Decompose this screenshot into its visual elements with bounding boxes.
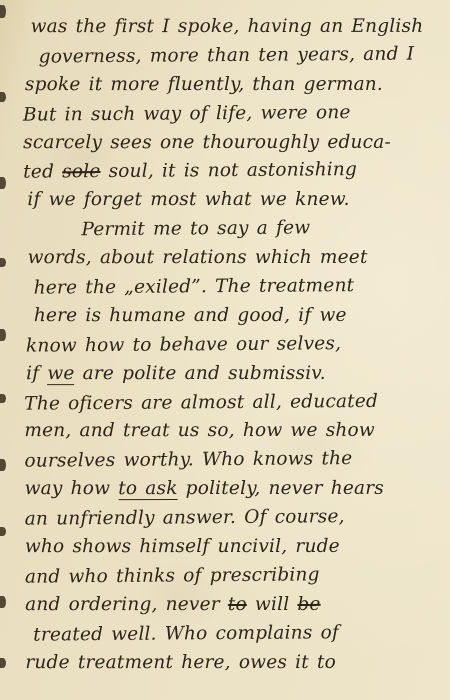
handwriting-segment: will	[247, 594, 298, 615]
underlined-word: to ask	[118, 478, 177, 500]
page-edge-mark	[0, 177, 6, 189]
handwriting-segment: know how to behave our selves,	[26, 333, 341, 356]
handwriting-segment: if	[26, 363, 47, 384]
page-edge-mark	[0, 394, 6, 403]
handwriting-segment: Permit me to say a few	[81, 218, 310, 241]
handwriting-line: But in such way of life, were one	[23, 98, 445, 130]
handwriting-segment: if we forget most what we knew.	[27, 189, 349, 210]
handwriting-segment: who shows himself uncivil, rude	[25, 536, 340, 557]
handwriting-segment: spoke it more fluently, than german.	[25, 74, 383, 95]
handwriting-segment: But in such way of life, were one	[23, 102, 351, 126]
handwriting-line: know how to behave our selves,	[24, 329, 446, 361]
handwriting-line: ourselves worthy. Who knows the	[24, 445, 446, 477]
handwriting-line: and ordering, never to will be	[25, 591, 447, 620]
page-edge-mark	[0, 527, 6, 536]
handwriting-segment: and who thinks of prescribing	[25, 564, 320, 587]
handwriting-line: men, and treat us so, how we show	[24, 417, 446, 446]
handwriting-line: if we are polite and submissiv.	[24, 360, 446, 389]
struck-out-word: to	[228, 594, 247, 615]
handwriting-segment: politely, never hears	[178, 478, 384, 499]
handwriting-line: and who thinks of prescribing	[25, 560, 447, 592]
page-edge-mark	[0, 329, 6, 341]
handwriting-segment: are polite and submissiv.	[75, 363, 326, 384]
page-edge-mark	[0, 658, 6, 668]
handwriting-line: words, about relations which meet	[24, 244, 446, 273]
page-edge-mark	[0, 92, 6, 102]
handwriting-segment: an unfriendly answer. Of course,	[25, 506, 345, 530]
page-edge-mark	[0, 459, 6, 471]
page-edge-mark	[0, 596, 6, 608]
handwriting-segment: ourselves worthy. Who knows the	[24, 448, 352, 472]
handwriting-segment: treated well. Who complains of	[33, 622, 339, 645]
page-edge-mark	[0, 258, 6, 267]
handwriting-text-block: was the first I spoke, having an English…	[23, 12, 448, 678]
handwriting-segment: soul, it is not astonishing	[100, 159, 357, 182]
handwriting-line: treated well. Who complains of	[25, 618, 447, 650]
handwriting-segment: and ordering, never	[25, 594, 228, 615]
handwriting-line: spoke it more fluently, than german.	[23, 71, 445, 100]
handwriting-segment: here the „exiled”. The treatment	[34, 275, 355, 299]
handwriting-line: if we forget most what we knew.	[23, 186, 445, 215]
handwriting-segment: ted	[23, 162, 62, 183]
handwriting-line: governess, more than ten years, and I	[23, 40, 445, 72]
handwriting-segment: way how	[25, 478, 119, 499]
handwriting-line: scarcely sees one thouroughly educa-	[23, 128, 445, 157]
page-edge-mark	[0, 5, 6, 18]
underlined-word: we	[47, 363, 74, 385]
handwriting-line: way how to ask politely, never hears	[25, 475, 447, 504]
handwriting-segment: here is humane and good, if we	[34, 305, 347, 326]
handwriting-line: Permit me to say a few	[23, 214, 445, 246]
handwriting-line: who shows himself uncivil, rude	[25, 533, 447, 562]
handwriting-line: an unfriendly answer. Of course,	[25, 502, 447, 534]
handwriting-line: here the „exiled”. The treatment	[24, 271, 446, 303]
handwriting-line: ted sole soul, it is not astonishing	[23, 156, 445, 188]
handwriting-line: was the first I spoke, having an English	[23, 13, 445, 42]
struck-out-word: be	[297, 594, 320, 615]
handwriting-segment: governess, more than ten years, and I	[39, 43, 415, 67]
handwriting-line: The oficers are almost all, educated	[24, 387, 446, 419]
handwriting-line: rude treatment here, owes it to	[25, 648, 447, 677]
struck-out-word: sole	[62, 162, 100, 183]
handwriting-line: here is humane and good, if we	[24, 302, 446, 331]
handwriting-segment: The oficers are almost all, educated	[24, 390, 378, 414]
handwriting-segment: scarcely sees one thouroughly educa-	[23, 131, 391, 152]
handwriting-segment: was the first I spoke, having an English	[31, 16, 424, 37]
handwriting-segment: men, and treat us so, how we show	[24, 420, 375, 441]
handwriting-segment: rude treatment here, owes it to	[25, 652, 336, 673]
handwriting-segment: words, about relations which meet	[28, 247, 368, 268]
manuscript-page: was the first I spoke, having an English…	[0, 0, 450, 700]
